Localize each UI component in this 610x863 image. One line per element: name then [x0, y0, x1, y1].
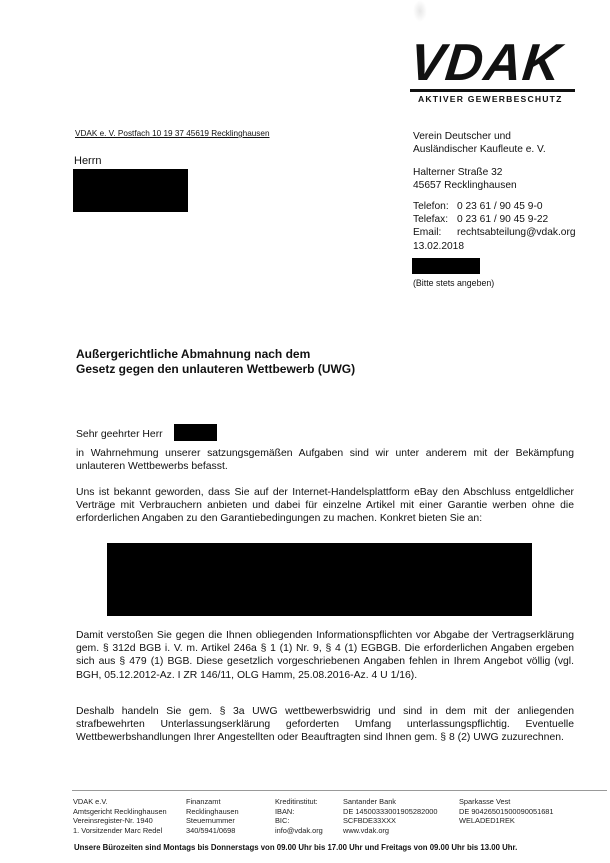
org-name-line1: Verein Deutscher und	[413, 130, 546, 143]
reference-note: (Bitte stets angeben)	[413, 277, 494, 290]
sender-return-address: VDAK e. V. Postfach 10 19 37 45619 Reckl…	[75, 129, 270, 138]
paragraph-violation: Damit verstoßen Sie gegen die Ihnen obli…	[76, 629, 574, 682]
redacted-recipient-name	[174, 424, 217, 441]
paragraph-intro: in Wahrnehmung unserer satzungsgemäßen A…	[76, 447, 574, 473]
subject-line1: Außergerichtliche Abmahnung nach dem	[76, 347, 355, 362]
letter-subject: Außergerichtliche Abmahnung nach dem Ges…	[76, 347, 355, 377]
org-street: Halterner Straße 32	[413, 166, 517, 179]
office-hours: Unsere Bürozeiten sind Montags bis Donne…	[74, 843, 517, 852]
footer-association: VDAK e.V. Amtsgericht Recklinghausen Ver…	[73, 797, 167, 835]
organization-address: Halterner Straße 32 45657 Recklinghausen	[413, 166, 517, 192]
contact-email: Email: rechtsabteilung@vdak.org	[413, 226, 576, 239]
paragraph-finding: Uns ist bekannt geworden, dass Sie auf d…	[76, 486, 574, 526]
org-city: 45657 Recklinghausen	[413, 179, 517, 192]
redacted-offer-details	[107, 543, 532, 616]
organization-contacts: Telefon: 0 23 61 / 90 45 9-0 Telefax: 0 …	[413, 200, 576, 239]
footer-bank-labels: Kreditinstitut: IBAN: BIC: info@vdak.org	[275, 797, 323, 835]
scan-smudge	[413, 0, 427, 22]
org-name-line2: Ausländischer Kaufleute e. V.	[413, 143, 546, 156]
greeting: Sehr geehrter Herr	[76, 428, 574, 441]
greeting-text: Sehr geehrter Herr	[76, 429, 163, 440]
logo-wordmark: VDAK	[408, 40, 578, 86]
letter-date: 13.02.2018	[413, 240, 464, 253]
footer-tax: Finanzamt Recklinghausen Steuernummer 34…	[186, 797, 239, 835]
footer-email: info@vdak.org	[275, 826, 323, 836]
footer-website: www.vdak.org	[343, 826, 438, 836]
contact-phone: Telefon: 0 23 61 / 90 45 9-0	[413, 200, 576, 213]
recipient-salutation: Herrn	[74, 155, 102, 167]
paragraph-consequence: Deshalb handeln Sie gem. § 3a UWG wettbe…	[76, 705, 574, 745]
redacted-reference-number	[412, 258, 480, 274]
footer-divider	[72, 790, 607, 791]
footer-bank-santander: Santander Bank DE 14500333001905282000 S…	[343, 797, 438, 835]
contact-fax: Telefax: 0 23 61 / 90 45 9-22	[413, 213, 576, 226]
vdak-logo: VDAK AKTIVER GEWERBESCHUTZ	[410, 40, 575, 104]
subject-line2: Gesetz gegen den unlauteren Wettbewerb (…	[76, 362, 355, 377]
organization-name: Verein Deutscher und Ausländischer Kaufl…	[413, 130, 546, 156]
logo-tagline: AKTIVER GEWERBESCHUTZ	[410, 94, 575, 104]
redacted-recipient-address	[73, 169, 188, 212]
footer-bank-sparkasse: Sparkasse Vest DE 90426501500090051681 W…	[459, 797, 554, 826]
